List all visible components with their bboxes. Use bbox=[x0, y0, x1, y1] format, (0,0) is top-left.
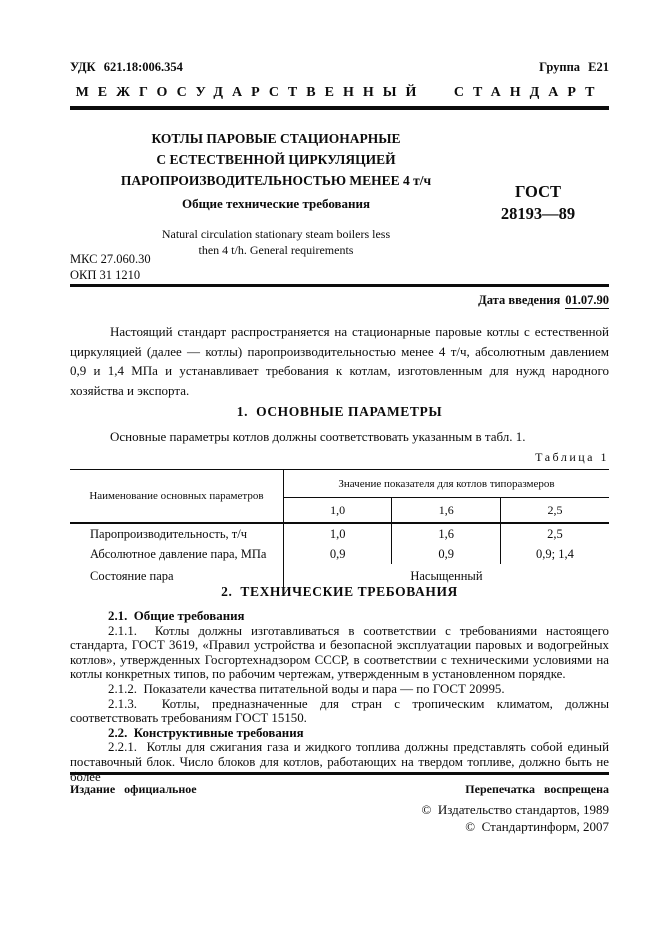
mks-code: МКС 27.060.30 bbox=[70, 252, 609, 268]
param-name-cell: Паропроизводительность, т/ч bbox=[70, 523, 283, 544]
title-line-2: С ЕСТЕСТВЕННОЙ ЦИРКУЛЯЦИЕЙ bbox=[70, 149, 482, 170]
section-2-2-heading: 2.2. Конструктивные требования bbox=[70, 726, 609, 741]
title-line-1: КОТЛЫ ПАРОВЫЕ СТАЦИОНАРНЫЕ bbox=[70, 128, 482, 149]
title-block: КОТЛЫ ПАРОВЫЕ СТАЦИОНАРНЫЕ С ЕСТЕСТВЕННО… bbox=[70, 128, 609, 258]
document-title: КОТЛЫ ПАРОВЫЕ СТАЦИОНАРНЫЕ С ЕСТЕСТВЕННО… bbox=[70, 128, 482, 191]
table-header-row-1: Наименование основных параметров Значени… bbox=[70, 470, 609, 498]
paragraph-2-1-2: 2.1.2. Показатели качества питательной в… bbox=[70, 682, 609, 697]
document-title-group: КОТЛЫ ПАРОВЫЕ СТАЦИОНАРНЫЕ С ЕСТЕСТВЕННО… bbox=[70, 128, 482, 258]
copyright-line-2: © Стандартинформ, 2007 bbox=[70, 819, 609, 836]
gost-label: ГОСТ bbox=[467, 181, 609, 203]
udk-code: УДК 621.18:006.354 bbox=[70, 60, 183, 75]
official-edition-label: Издание официальное bbox=[70, 782, 197, 797]
title-english-line-1: Natural circulation stationary steam boi… bbox=[70, 226, 482, 242]
copyright-block: © Издательство стандартов, 1989 © Станда… bbox=[70, 802, 609, 835]
footer-divider-rule bbox=[70, 772, 609, 775]
scope-paragraph: Настоящий стандарт распространяется на с… bbox=[70, 322, 609, 400]
table-1-intro: Основные параметры котлов должны соответ… bbox=[70, 429, 609, 445]
footer-labels-row: Издание официальное Перепечатка воспреще… bbox=[70, 782, 609, 797]
document-header-row: УДК 621.18:006.354 Группа Е21 bbox=[70, 60, 609, 75]
param-value-cell: 0,9 bbox=[392, 544, 501, 564]
group-code: Группа Е21 bbox=[539, 60, 609, 75]
table-1-label: Таблица 1 bbox=[70, 450, 609, 465]
table-row: Абсолютное давление пара, МПа 0,9 0,9 0,… bbox=[70, 544, 609, 564]
okp-code: ОКП 31 1210 bbox=[70, 268, 609, 284]
section-2-heading: 2. ТЕХНИЧЕСКИЕ ТРЕБОВАНИЯ bbox=[70, 584, 609, 600]
gost-number: 28193—89 bbox=[467, 203, 609, 225]
size-header-3: 2,5 bbox=[500, 498, 609, 524]
parameters-table-wrap: Наименование основных параметров Значени… bbox=[70, 469, 609, 588]
title-line-3: ПАРОПРОИЗВОДИТЕЛЬНОСТЬЮ МЕНЕЕ 4 т/ч bbox=[70, 170, 482, 191]
param-value-cell: 2,5 bbox=[500, 523, 609, 544]
param-value-cell: 1,6 bbox=[392, 523, 501, 544]
param-value-cell: 0,9; 1,4 bbox=[500, 544, 609, 564]
standard-kind-heading: МЕЖГОСУДАРСТВЕННЫЙ СТАНДАРТ bbox=[70, 85, 609, 101]
header-divider-rule bbox=[70, 106, 609, 110]
section-2-1-heading: 2.1. Общие требования bbox=[70, 609, 609, 624]
param-name-cell: Абсолютное давление пара, МПа bbox=[70, 544, 283, 564]
section-1-heading: 1. ОСНОВНЫЕ ПАРАМЕТРЫ bbox=[70, 404, 609, 420]
values-column-header: Значение показателя для котлов типоразме… bbox=[283, 470, 609, 498]
param-value-cell: 1,0 bbox=[283, 523, 392, 544]
parameters-table: Наименование основных параметров Значени… bbox=[70, 469, 609, 588]
effective-date: Дата введения01.07.90 bbox=[70, 293, 609, 308]
param-column-header: Наименование основных параметров bbox=[70, 470, 283, 524]
page-footer: Издание официальное Перепечатка воспреще… bbox=[70, 772, 609, 797]
paragraph-2-1-1: 2.1.1. Котлы должны изготавливаться в со… bbox=[70, 624, 609, 682]
document-subtitle: Общие технические требования bbox=[70, 196, 482, 212]
reprint-prohibited-label: Перепечатка воспрещена bbox=[465, 782, 609, 797]
size-header-2: 1,6 bbox=[392, 498, 501, 524]
paragraph-2-1-3: 2.1.3. Котлы, предназначенные для стран … bbox=[70, 697, 609, 726]
classification-codes: МКС 27.060.30 ОКП 31 1210 bbox=[70, 252, 609, 283]
codes-divider-rule bbox=[70, 284, 609, 287]
copyright-line-1: © Издательство стандартов, 1989 bbox=[70, 802, 609, 819]
section-2-body: 2.1. Общие требования 2.1.1. Котлы должн… bbox=[70, 609, 609, 784]
gost-designation: ГОСТ 28193—89 bbox=[467, 181, 609, 225]
effective-date-value: 01.07.90 bbox=[565, 293, 609, 309]
param-value-cell: 0,9 bbox=[283, 544, 392, 564]
table-row: Паропроизводительность, т/ч 1,0 1,6 2,5 bbox=[70, 523, 609, 544]
effective-date-label: Дата введения bbox=[478, 293, 560, 307]
size-header-1: 1,0 bbox=[283, 498, 392, 524]
